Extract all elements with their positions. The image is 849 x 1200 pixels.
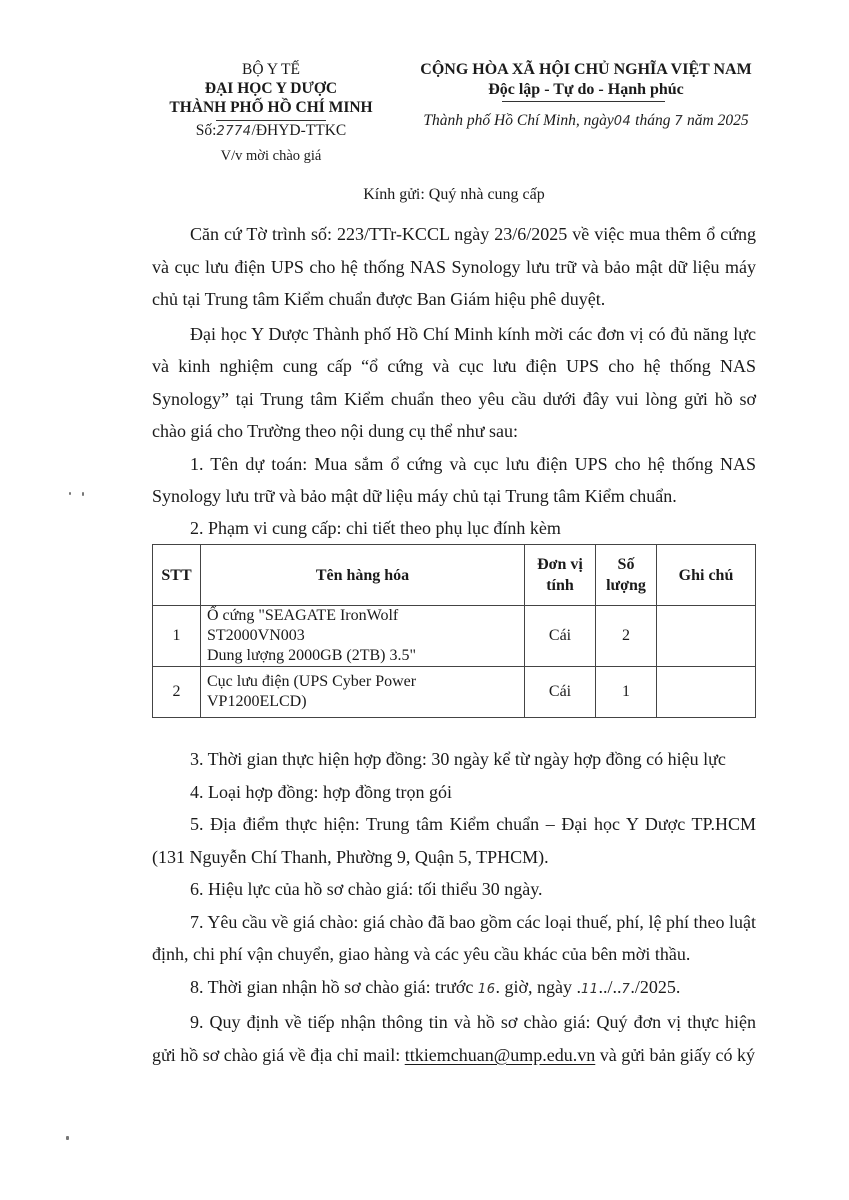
email-link[interactable]: ttkiemchuan@ump.edu.vn: [405, 1045, 596, 1065]
handwritten-hour: 16: [478, 982, 496, 997]
country-name: CỘNG HÒA XÃ HỘI CHỦ NGHĨA VIỆT NAM: [400, 60, 772, 80]
table-row: 1 Ổ cứng "SEAGATE IronWolf ST2000VN003 D…: [153, 606, 756, 667]
header-unit: Đơn vị tính: [525, 545, 596, 606]
item-7-price-requirements: 7. Yêu cầu về giá chào: giá chào đã bao …: [152, 906, 756, 971]
cell-item-name: Ổ cứng "SEAGATE IronWolf ST2000VN003 Dun…: [201, 606, 525, 667]
item-5-location: 5. Địa điểm thực hiện: Trung tâm Kiểm ch…: [152, 808, 756, 873]
cell-quantity: 2: [596, 606, 657, 667]
ministry-name: BỘ Y TẾ: [140, 60, 402, 79]
item-4-contract-type: 4. Loại hợp đồng: hợp đồng trọn gói: [152, 776, 756, 809]
cell-unit: Cái: [525, 606, 596, 667]
scan-speck: [66, 1136, 69, 1140]
item-2-scope: 2. Phạm vi cung cấp: chi tiết theo phụ l…: [152, 513, 756, 543]
item-1-estimate-name: 1. Tên dự toán: Mua sắm ổ cứng và cục lư…: [152, 448, 756, 513]
cell-note: [657, 667, 756, 718]
body-text-top: Căn cứ Tờ trình số: 223/TTr-KCCL ngày 23…: [152, 218, 756, 543]
item-6-validity: 6. Hiệu lực của hồ sơ chào giá: tối thiể…: [152, 873, 756, 906]
motto-underline: [502, 101, 665, 102]
university-name-line2: THÀNH PHỐ HỒ CHÍ MINH: [140, 98, 402, 117]
issuer-block: BỘ Y TẾ ĐẠI HỌC Y DƯỢC THÀNH PHỐ HỒ CHÍ …: [140, 60, 402, 166]
salutation: Kính gửi: Quý nhà cung cấp: [152, 186, 756, 204]
scan-speck: [82, 492, 84, 496]
table-row: 2 Cục lưu điện (UPS Cyber Power VP1200EL…: [153, 667, 756, 718]
body-text-bottom: 3. Thời gian thực hiện hợp đồng: 30 ngày…: [152, 743, 756, 1071]
national-motto: Độc lập - Tự do - Hạnh phúc: [400, 80, 772, 100]
issue-date: Thành phố Hồ Chí Minh, ngày04 tháng 7 nă…: [400, 112, 772, 130]
national-header: CỘNG HÒA XÃ HỘI CHỦ NGHĨA VIỆT NAM Độc l…: [400, 60, 772, 100]
university-name-line1: ĐẠI HỌC Y DƯỢC: [140, 79, 402, 98]
handwritten-month: 7: [674, 114, 683, 129]
cell-note: [657, 606, 756, 667]
paragraph-basis: Căn cứ Tờ trình số: 223/TTr-KCCL ngày 23…: [152, 218, 756, 316]
item-3-contract-duration: 3. Thời gian thực hiện hợp đồng: 30 ngày…: [152, 743, 756, 776]
goods-table: STT Tên hàng hóa Đơn vị tính Số lượng Gh…: [152, 544, 756, 718]
cell-unit: Cái: [525, 667, 596, 718]
paragraph-invitation: Đại học Y Dược Thành phố Hồ Chí Minh kín…: [152, 318, 756, 448]
scan-speck: [69, 492, 71, 495]
header-item-name: Tên hàng hóa: [201, 545, 525, 606]
cell-item-name: Cục lưu điện (UPS Cyber Power VP1200ELCD…: [201, 667, 525, 718]
header-note: Ghi chú: [657, 545, 756, 606]
table-header-row: STT Tên hàng hóa Đơn vị tính Số lượng Gh…: [153, 545, 756, 606]
header-stt: STT: [153, 545, 201, 606]
cell-stt: 1: [153, 606, 201, 667]
item-9-submission: 9. Quy định về tiếp nhận thông tin và hồ…: [152, 1006, 756, 1071]
cell-stt: 2: [153, 667, 201, 718]
subject-line: V/v mời chào giá: [140, 147, 402, 166]
handwritten-day: 04: [614, 114, 632, 129]
item-8-deadline: 8. Thời gian nhận hồ sơ chào giá: trước …: [152, 971, 756, 1007]
issuer-underline: [216, 120, 326, 121]
handwritten-doc-number: 2774: [216, 124, 251, 139]
header-quantity: Số lượng: [596, 545, 657, 606]
cell-quantity: 1: [596, 667, 657, 718]
document-number: Số:2774/ĐHYD-TTKC: [140, 121, 402, 141]
handwritten-deadline-day: 11: [581, 982, 599, 997]
handwritten-deadline-month: 7: [622, 982, 631, 997]
